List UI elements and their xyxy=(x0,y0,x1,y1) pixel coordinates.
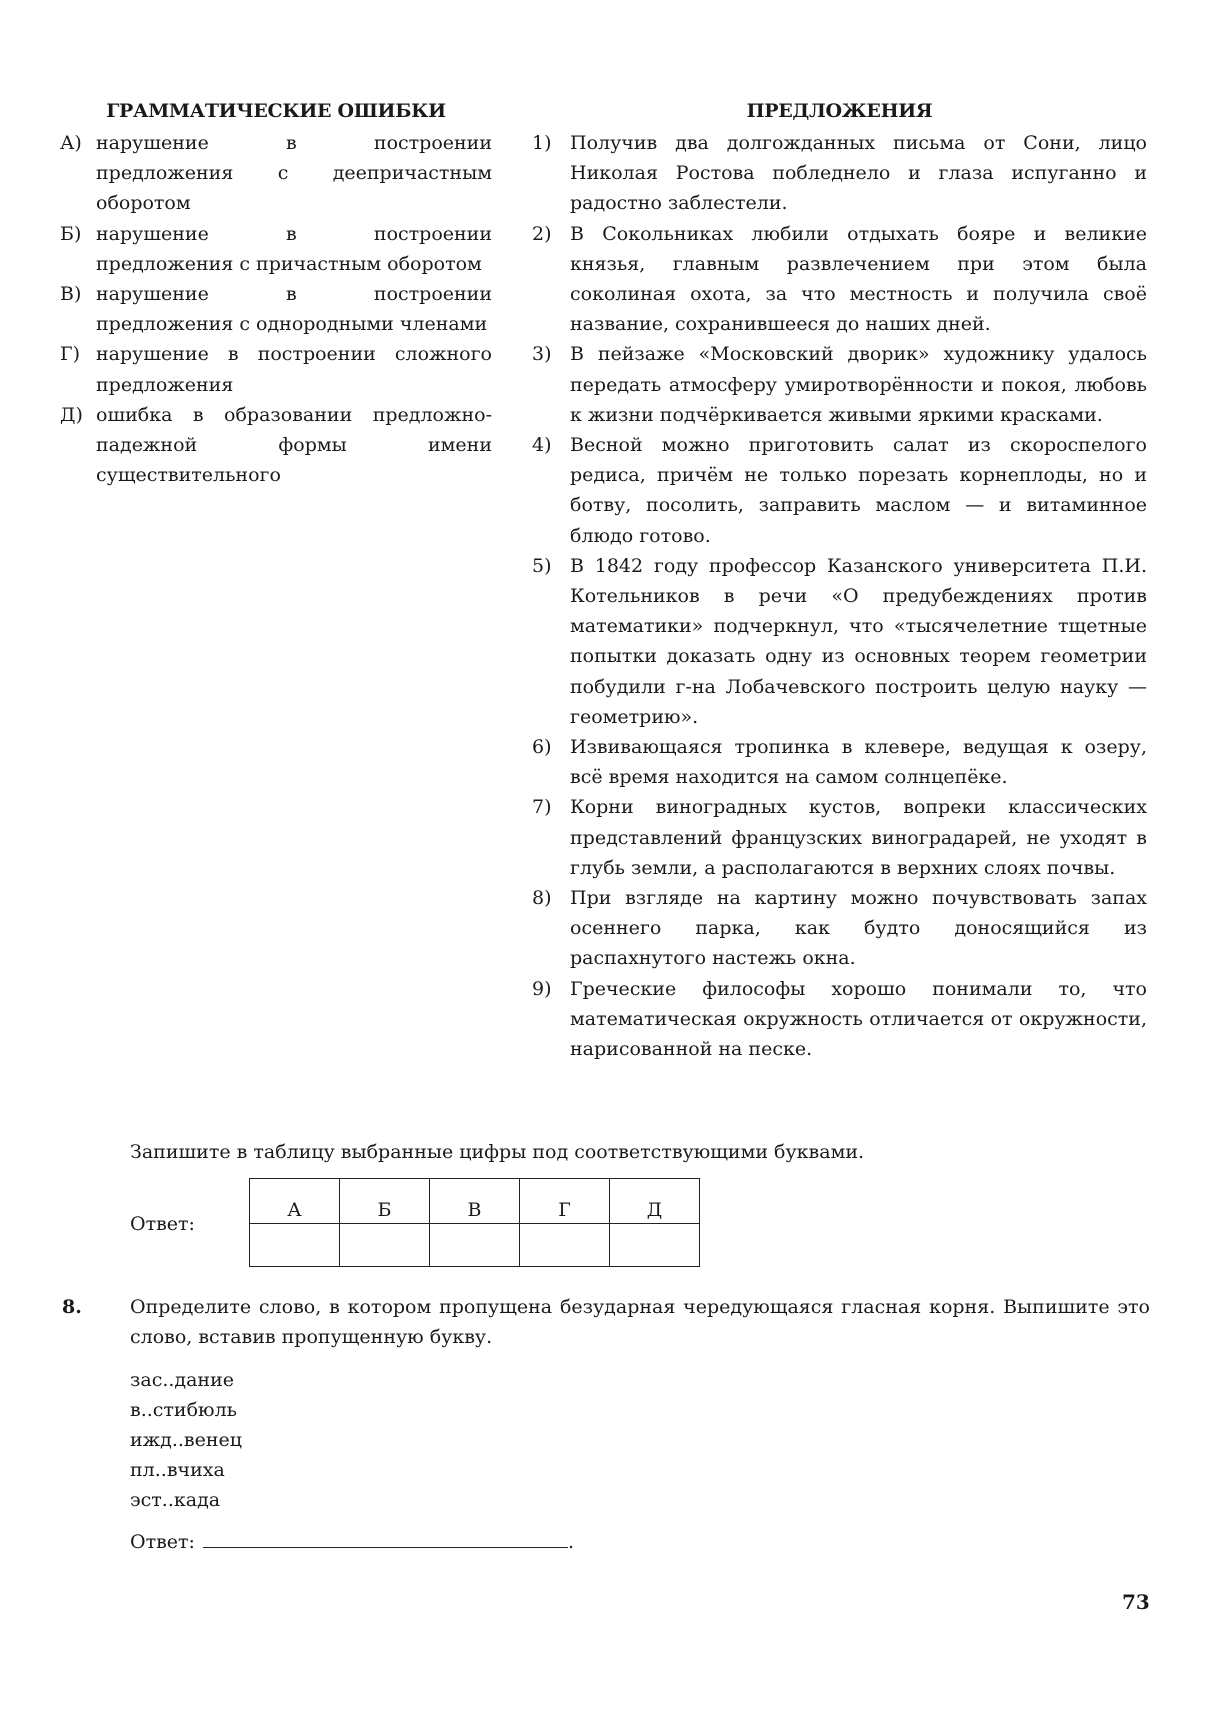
item-mark: 3) xyxy=(532,339,570,430)
sentence-item-4: 4) Весной можно приготовить салат из ско… xyxy=(532,430,1147,551)
item-text: нарушение в построении сложного предложе… xyxy=(96,339,492,399)
sentence-item-2: 2) В Сокольниках любили отдыхать бояре и… xyxy=(532,219,1147,340)
answer-table: А Б В Г Д xyxy=(249,1178,700,1267)
answer-cell-a[interactable] xyxy=(250,1224,340,1267)
sentence-item-8: 8) При взгляде на картину можно почувств… xyxy=(532,883,1147,974)
word-list: зас..дание в..стибюль ижд..венец пл..вчи… xyxy=(130,1365,242,1515)
sentence-item-7: 7) Корни виноградных кустов, вопреки кла… xyxy=(532,792,1147,883)
item-mark: 7) xyxy=(532,792,570,883)
grammar-errors-heading: ГРАММАТИЧЕСКИЕ ОШИБКИ xyxy=(60,96,492,126)
task-8: 8. Определите слово, в котором пропущена… xyxy=(62,1292,1150,1352)
answer-cell-b[interactable] xyxy=(340,1224,430,1267)
sentences-heading: ПРЕДЛОЖЕНИЯ xyxy=(532,96,1147,126)
answer-header-b: Б xyxy=(340,1179,430,1224)
table-instruction: Запишите в таблицу выбранные цифры под с… xyxy=(130,1137,864,1167)
item-mark: 6) xyxy=(532,732,570,792)
item-mark: В) xyxy=(60,279,96,339)
item-mark: 5) xyxy=(532,551,570,732)
answer-header-a: А xyxy=(250,1179,340,1224)
item-text: ошибка в образовании предложно-падежной … xyxy=(96,400,492,491)
item-text: В пейзаже «Московский дворик» художнику … xyxy=(570,339,1147,430)
answer-cell-v[interactable] xyxy=(430,1224,520,1267)
sentence-item-5: 5) В 1842 году профессор Казанского унив… xyxy=(532,551,1147,732)
grammar-errors-column: ГРАММАТИЧЕСКИЕ ОШИБКИ А) нарушение в пос… xyxy=(60,96,492,490)
item-text: нарушение в построении предложения с при… xyxy=(96,219,492,279)
answer-cell-g[interactable] xyxy=(520,1224,610,1267)
item-text: При взгляде на картину можно почувствова… xyxy=(570,883,1147,974)
task-8-answer: Ответ: . xyxy=(130,1525,574,1557)
word-item: зас..дание xyxy=(130,1365,242,1395)
error-item-d: Д) ошибка в образовании предложно-падежн… xyxy=(60,400,492,491)
item-mark: 9) xyxy=(532,974,570,1065)
task-number: 8. xyxy=(62,1292,130,1352)
item-mark: Д) xyxy=(60,400,96,491)
answer-table-label: Ответ: xyxy=(130,1213,195,1235)
item-mark: 2) xyxy=(532,219,570,340)
error-item-v: В) нарушение в построении предложения с … xyxy=(60,279,492,339)
item-mark: 8) xyxy=(532,883,570,974)
task-text: Определите слово, в котором пропущена бе… xyxy=(130,1292,1150,1352)
word-item: ижд..венец xyxy=(130,1425,242,1455)
sentence-item-3: 3) В пейзаже «Московский дворик» художни… xyxy=(532,339,1147,430)
page-number: 73 xyxy=(1122,1590,1150,1614)
item-text: Весной можно приготовить салат из скорос… xyxy=(570,430,1147,551)
answer-header-v: В xyxy=(430,1179,520,1224)
answer-header-g: Г xyxy=(520,1179,610,1224)
word-item: эст..када xyxy=(130,1485,242,1515)
error-item-b: Б) нарушение в построении предложения с … xyxy=(60,219,492,279)
sentence-item-9: 9) Греческие философы хорошо понимали то… xyxy=(532,974,1147,1065)
item-mark: 4) xyxy=(532,430,570,551)
item-text: Корни виноградных кустов, вопреки класси… xyxy=(570,792,1147,883)
sentence-item-6: 6) Извивающаяся тропинка в клевере, веду… xyxy=(532,732,1147,792)
word-item: пл..вчиха xyxy=(130,1455,242,1485)
item-mark: А) xyxy=(60,128,96,219)
item-text: Извивающаяся тропинка в клевере, ведущая… xyxy=(570,732,1147,792)
item-text: Греческие философы хорошо понимали то, ч… xyxy=(570,974,1147,1065)
answer-line-field[interactable] xyxy=(203,1525,568,1548)
sentence-item-1: 1) Получив два долгожданных письма от Со… xyxy=(532,128,1147,219)
error-item-g: Г) нарушение в построении сложного предл… xyxy=(60,339,492,399)
answer-period: . xyxy=(568,1527,574,1557)
item-mark: Б) xyxy=(60,219,96,279)
item-text: нарушение в построении предложения с дее… xyxy=(96,128,492,219)
item-text: В Сокольниках любили отдыхать бояре и ве… xyxy=(570,219,1147,340)
sentences-column: ПРЕДЛОЖЕНИЯ 1) Получив два долгожданных … xyxy=(532,96,1147,1064)
word-item: в..стибюль xyxy=(130,1395,242,1425)
answer-header-d: Д xyxy=(610,1179,700,1224)
answer-cell-d[interactable] xyxy=(610,1224,700,1267)
error-item-a: А) нарушение в построении предложения с … xyxy=(60,128,492,219)
item-mark: 1) xyxy=(532,128,570,219)
item-text: нарушение в построении предложения с одн… xyxy=(96,279,492,339)
item-text: В 1842 году профессор Казанского универс… xyxy=(570,551,1147,732)
answer-label: Ответ: xyxy=(130,1527,195,1557)
item-text: Получив два долгожданных письма от Сони,… xyxy=(570,128,1147,219)
item-mark: Г) xyxy=(60,339,96,399)
